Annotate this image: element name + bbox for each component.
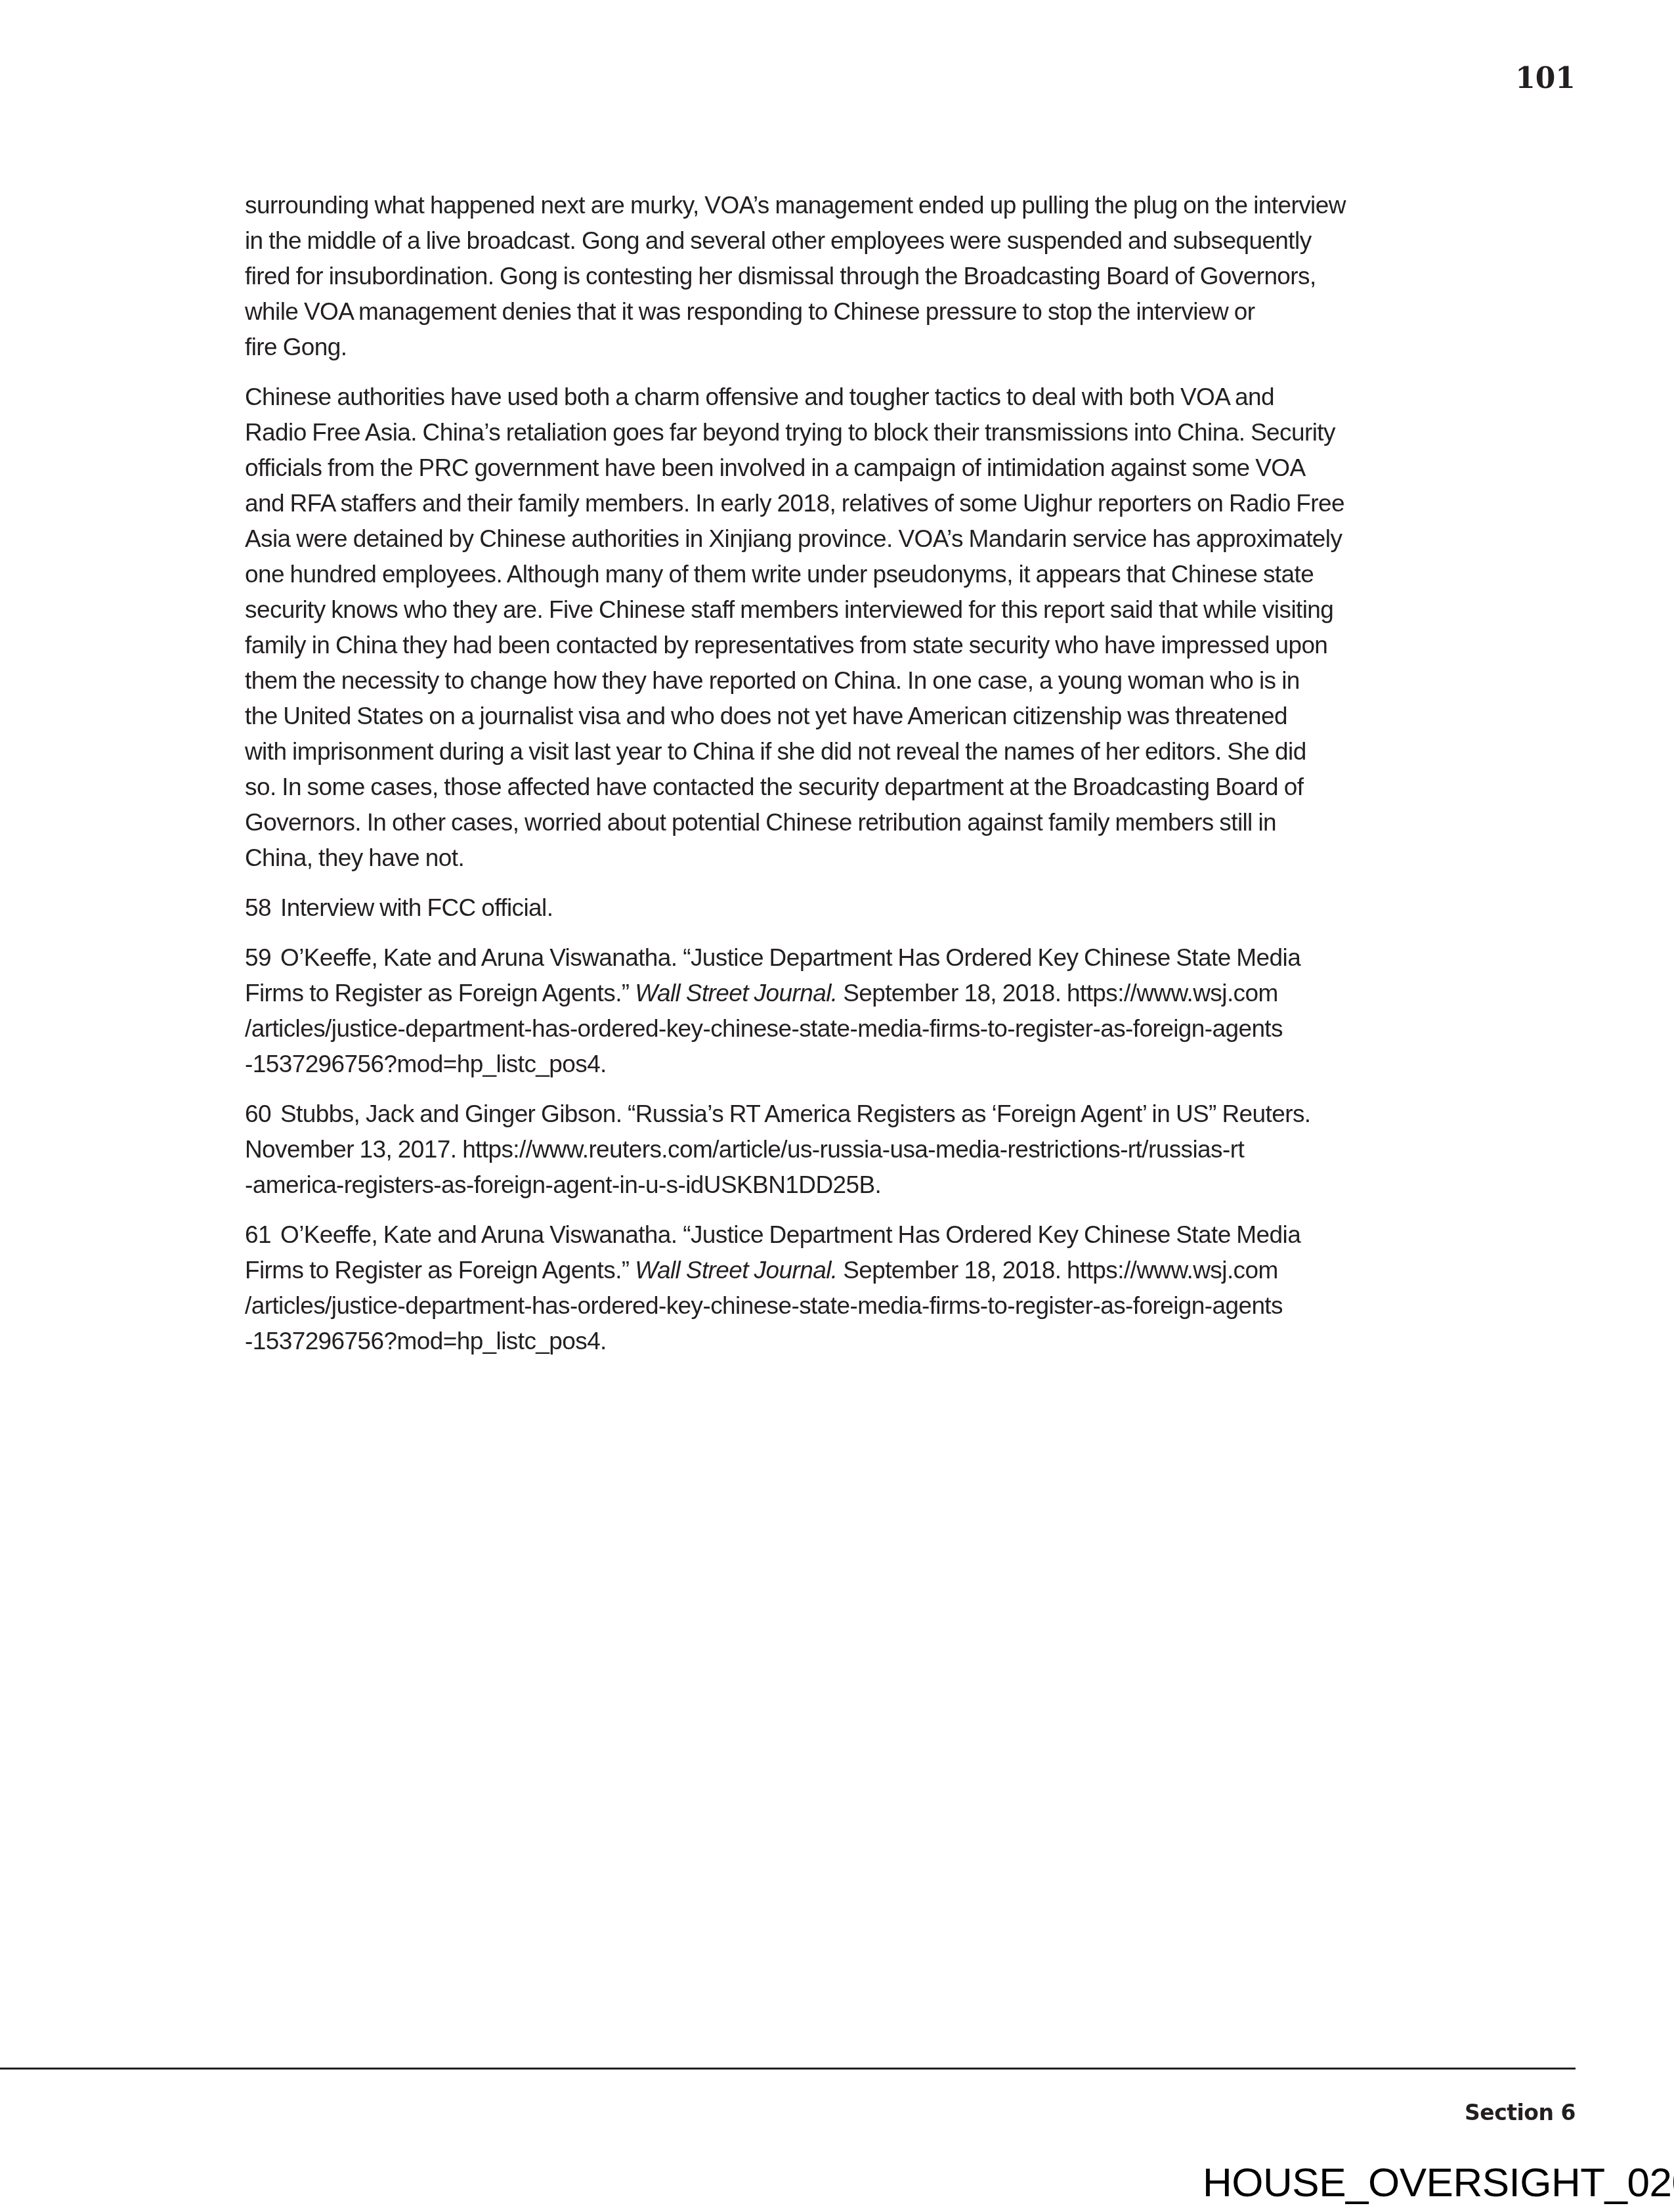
footnote-text: Interview with FCC official. <box>280 894 553 921</box>
footnote-58: 58Interview with FCC official. <box>245 890 1374 926</box>
footer-divider <box>0 2068 1576 2070</box>
body-paragraph: surrounding what happened next are murky… <box>245 188 1374 365</box>
body-paragraph: Chinese authorities have used both a cha… <box>245 380 1374 876</box>
publication-title: Wall Street Journal. <box>635 1257 837 1284</box>
footnote-citation-link[interactable]: Stubbs, Jack and Ginger Gibson. “Russia’… <box>245 1100 1311 1198</box>
publication-title: Wall Street Journal. <box>635 980 837 1007</box>
footnote-59: 59O’Keeffe, Kate and Aruna Viswanatha. “… <box>245 940 1374 1082</box>
footnote-60: 60Stubbs, Jack and Ginger Gibson. “Russi… <box>245 1096 1374 1203</box>
footnote-number: 59 <box>245 944 271 971</box>
footnote-number: 60 <box>245 1100 271 1127</box>
page-content: surrounding what happened next are murky… <box>245 188 1374 1374</box>
section-label: Section 6 <box>1465 2098 1576 2127</box>
footnote-number: 58 <box>245 894 271 921</box>
bates-stamp: HOUSE_OVERSIGHT_020560 <box>1203 2160 1674 2206</box>
footnote-61: 61O’Keeffe, Kate and Aruna Viswanatha. “… <box>245 1217 1374 1359</box>
page-number: 101 <box>1515 60 1576 97</box>
footnote-number: 61 <box>245 1221 271 1248</box>
